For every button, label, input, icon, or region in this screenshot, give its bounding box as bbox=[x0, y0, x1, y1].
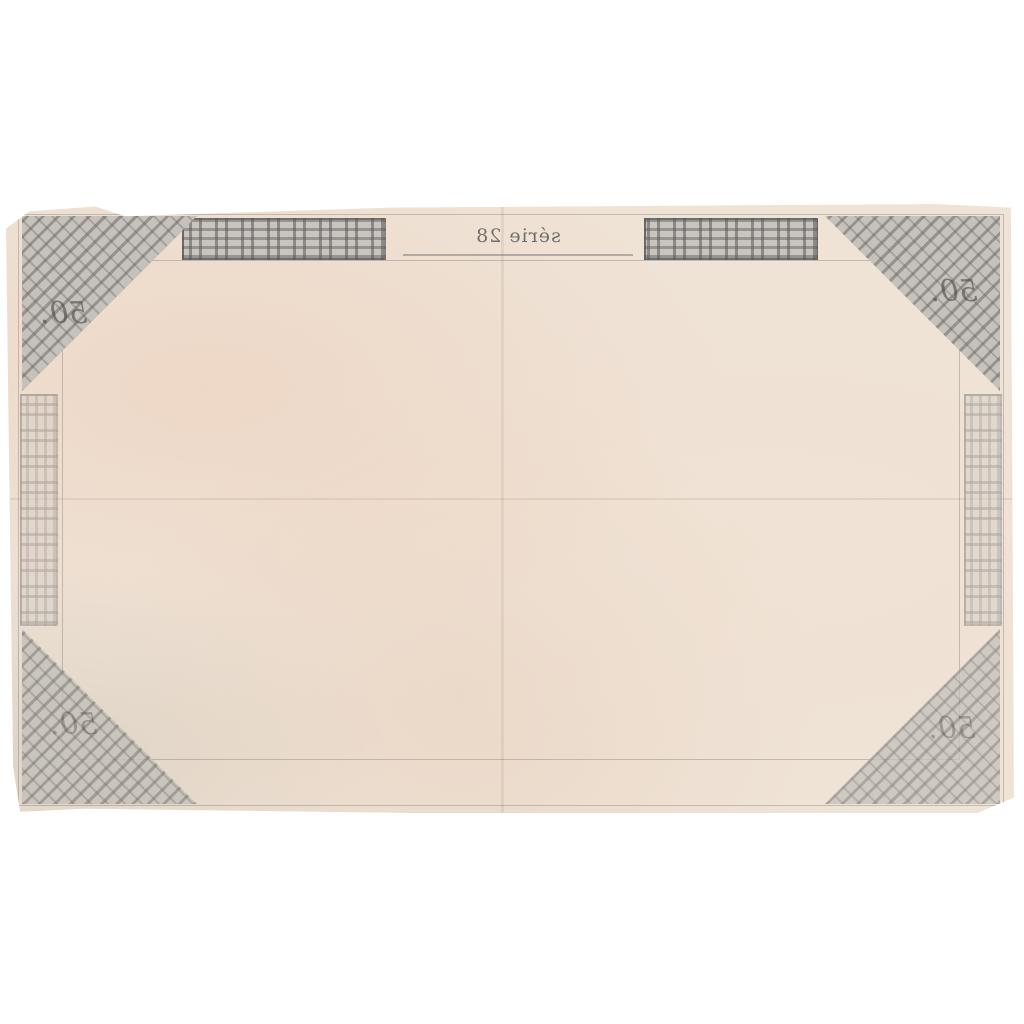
mirrored-print-layer: 50. 50. 50. 50. série 28 bbox=[4, 204, 1018, 816]
series-label-top: série 28 bbox=[403, 218, 633, 256]
greek-key-band-right bbox=[20, 394, 58, 626]
greek-key-band-top-right bbox=[182, 218, 386, 260]
assignat-banknote: 50. 50. 50. 50. série 28 bbox=[4, 204, 1018, 816]
corner-value-top-right: 50. bbox=[40, 296, 88, 331]
greek-key-band-top-left bbox=[644, 218, 818, 260]
inner-frame bbox=[62, 260, 960, 760]
corner-value-bottom-right: 50. bbox=[50, 707, 98, 742]
greek-key-band-left bbox=[964, 394, 1002, 626]
corner-value-bottom-left: 50. bbox=[928, 711, 976, 746]
corner-value-top-left: 50. bbox=[930, 274, 978, 309]
